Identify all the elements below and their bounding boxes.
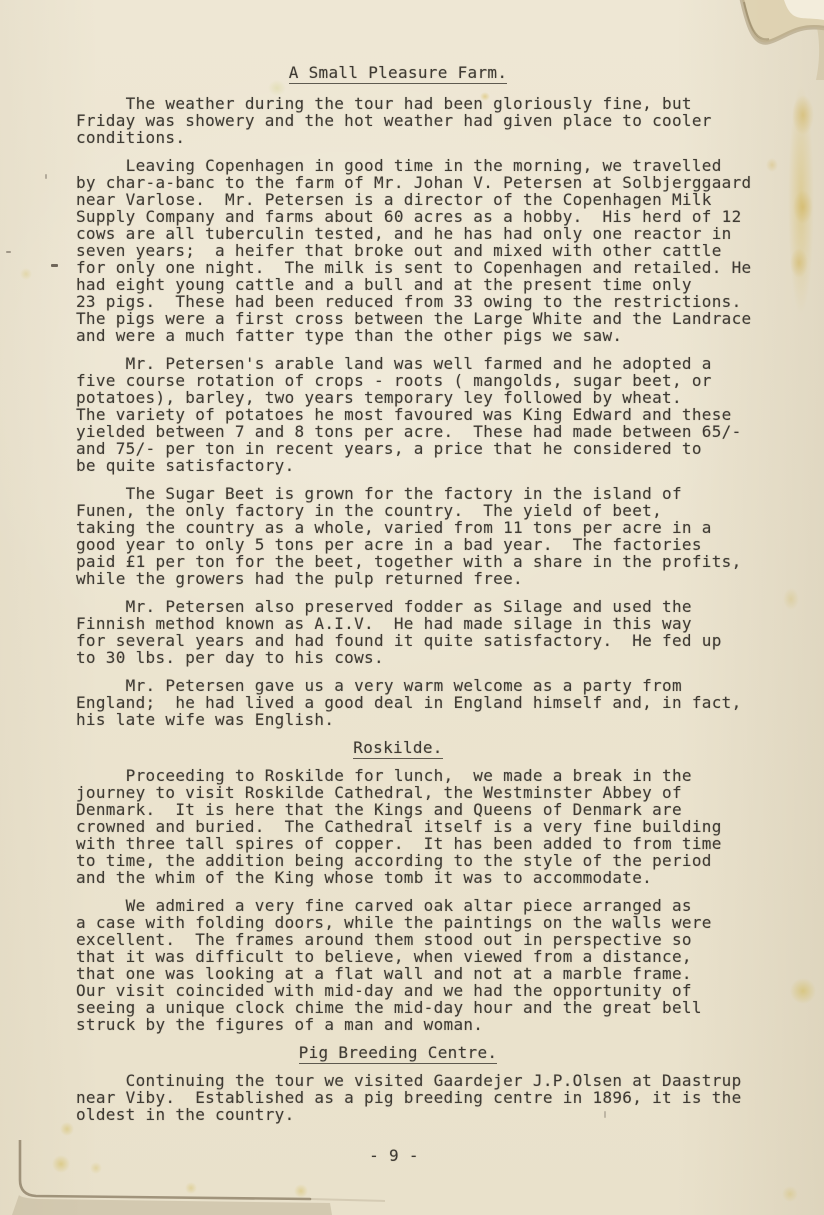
ink-speck xyxy=(6,251,11,253)
section-heading-roskilde-text: Roskilde. xyxy=(353,738,442,759)
stain-spot xyxy=(782,1186,798,1202)
stain-spot xyxy=(294,1184,308,1198)
stain-spot xyxy=(185,1182,197,1194)
stain-spot xyxy=(790,248,808,278)
document-title-text: A Small Pleasure Farm. xyxy=(289,63,508,84)
paragraph-farm-visit: Leaving Copenhagen in good time in the m… xyxy=(76,157,788,344)
ink-speck xyxy=(51,264,58,267)
document-title: A Small Pleasure Farm. xyxy=(42,64,754,81)
paper-page: A Small Pleasure Farm. The weather durin… xyxy=(0,0,824,1215)
stain-spot xyxy=(793,190,813,224)
section-heading-pig-breeding-centre-text: Pig Breeding Centre. xyxy=(299,1043,498,1064)
paragraph-cathedral: Proceeding to Roskilde for lunch, we mad… xyxy=(76,767,788,886)
ink-speck xyxy=(45,174,47,179)
stain-spot xyxy=(60,1122,74,1136)
stain-streak xyxy=(788,85,814,315)
paragraph-arable-land: Mr. Petersen's arable land was well farm… xyxy=(76,355,788,474)
document-body: A Small Pleasure Farm. The weather durin… xyxy=(76,64,788,1134)
stain-spot xyxy=(792,95,814,135)
paragraph-silage: Mr. Petersen also preserved fodder as Si… xyxy=(76,598,788,666)
stain-spot xyxy=(20,268,32,280)
section-heading-roskilde: Roskilde. xyxy=(42,739,754,756)
section-heading-pig-breeding-centre: Pig Breeding Centre. xyxy=(42,1044,754,1061)
page-number: - 9 - xyxy=(44,1146,744,1165)
paragraph-sugar-beet: The Sugar Beet is grown for the factory … xyxy=(76,485,788,587)
paragraph-weather: The weather during the tour had been glo… xyxy=(76,95,788,146)
paragraph-altar-clock: We admired a very fine carved oak altar … xyxy=(76,897,788,1033)
paragraph-pig-centre: Continuing the tour we visited Gaardejer… xyxy=(76,1072,788,1123)
stain-spot xyxy=(790,978,816,1004)
paragraph-welcome: Mr. Petersen gave us a very warm welcome… xyxy=(76,677,788,728)
